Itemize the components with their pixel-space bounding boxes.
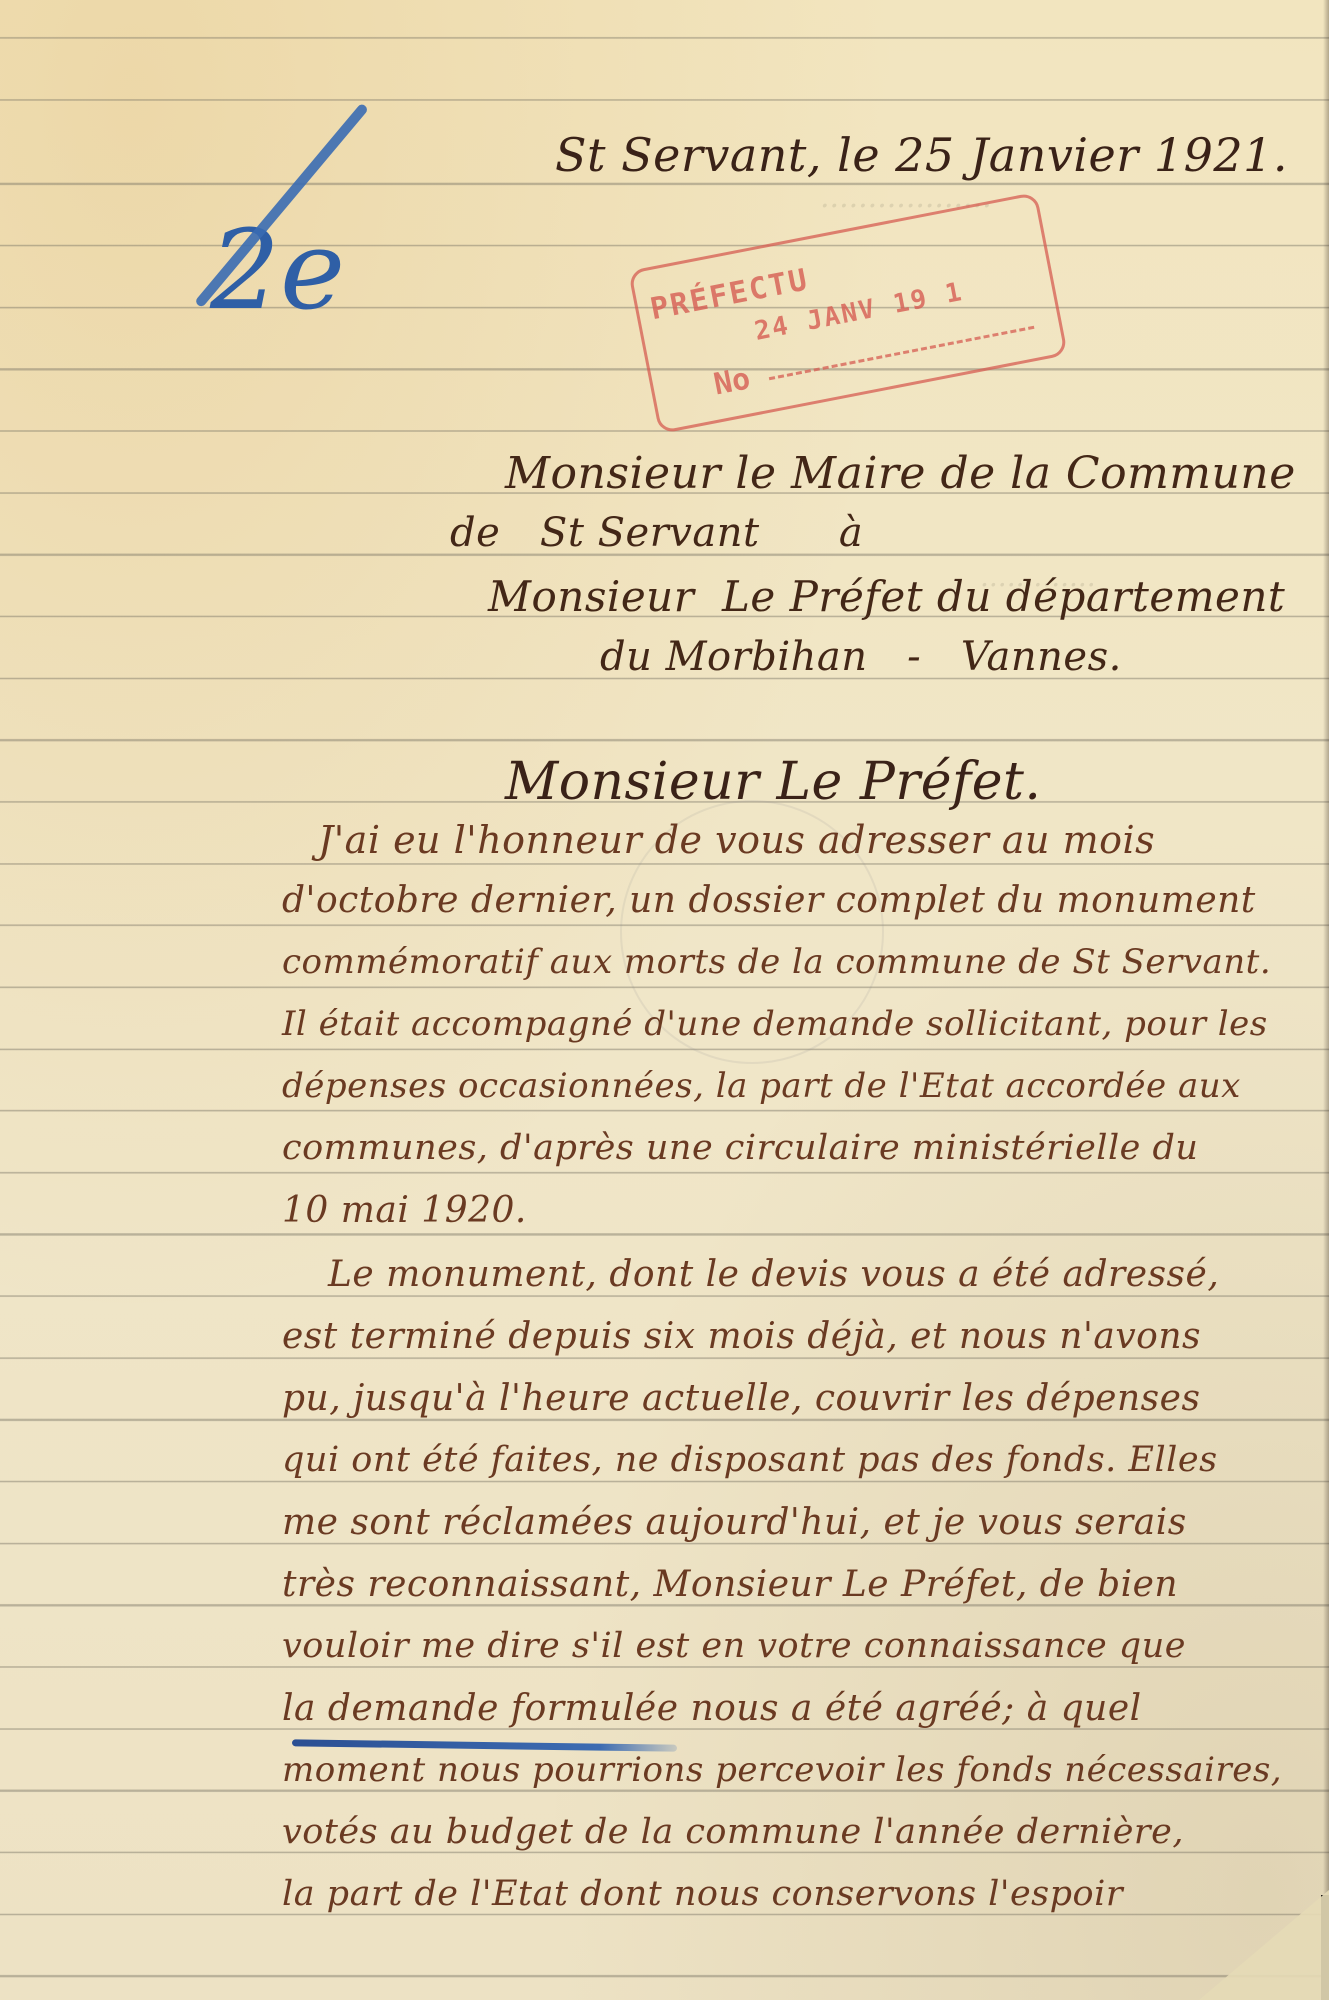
letter-page: .................. ............. 2e St S… [0,0,1329,2000]
recipient-line: de St Servant à [450,510,863,556]
body-line: d'octobre dernier, un dossier complet du… [282,880,1256,921]
dateline: St Servant, le 25 Janvier 1921. [555,128,1288,182]
body-line: commémoratif aux morts de la commune de … [282,942,1271,982]
body-line: la demande formulée nous a été agréé; à … [282,1688,1142,1729]
body-line: est terminé depuis six mois déjà, et nou… [282,1316,1201,1357]
body-line: dépenses occasionnées, la part de l'Etat… [282,1066,1241,1106]
body-line: la part de l'Etat dont nous conservons l… [282,1874,1123,1914]
body-line: très reconnaissant, Monsieur Le Préfet, … [282,1564,1178,1605]
body-line: me sont réclamées aujourd'hui, et je vou… [282,1502,1187,1543]
body-line: communes, d'après une circulaire ministé… [282,1128,1198,1168]
stamp-number-label: No [711,361,753,402]
body-line: vouloir me dire s'il est en votre connai… [282,1626,1186,1666]
body-line: moment nous pourrions percevoir les fond… [282,1750,1282,1790]
folded-corner [1199,1890,1329,2000]
body-line: votés au budget de la commune l'année de… [282,1812,1184,1852]
body-line: J'ai eu l'honneur de vous adresser au mo… [318,818,1155,862]
body-line: 10 mai 1920. [282,1190,527,1231]
recipient-line: du Morbihan - Vannes. [600,634,1122,680]
body-line: Le monument, dont le devis vous a été ad… [328,1254,1219,1295]
paper-edge-shadow [1323,0,1329,2000]
prefecture-stamp: PRÉFECTU 24 JANV 19 1 No [628,192,1068,434]
recipient-line: Monsieur Le Préfet du département [488,572,1285,621]
salutation: Monsieur Le Préfet. [505,752,1041,812]
body-line: pu, jusqu'à l'heure actuelle, couvrir le… [282,1378,1200,1419]
recipient-line: Monsieur le Maire de la Commune [505,448,1296,499]
body-line: qui ont été faites, ne disposant pas des… [282,1440,1218,1480]
body-line: Il était accompagné d'une demande sollic… [282,1004,1268,1044]
